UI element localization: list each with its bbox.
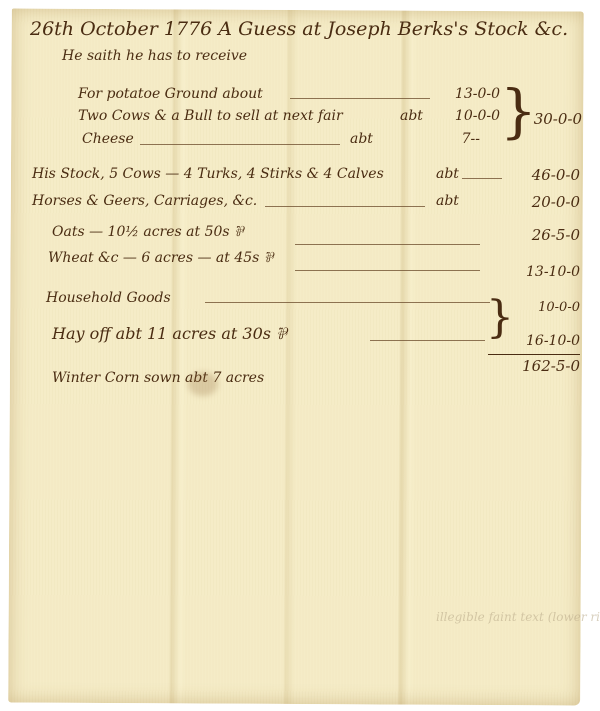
- receivable-label-cheese: Cheese: [82, 131, 134, 147]
- leader-line: [290, 98, 430, 99]
- leader-line: [140, 144, 340, 145]
- receivable-amount-potatoe: 13-0-0: [430, 86, 500, 102]
- stock-amount-horses: 20-0-0: [500, 193, 580, 211]
- stock-label-horses: Horses & Geers, Carriages, &c.: [32, 193, 257, 209]
- receivable-amount-cheese: 7--: [430, 131, 480, 147]
- stock-qualifier-cattle: abt: [436, 166, 459, 182]
- leader-line: [370, 340, 485, 341]
- stock-label-household: Household Goods: [46, 290, 171, 306]
- leader-line: [205, 302, 490, 303]
- receivable-amount-cows: 10-0-0: [430, 108, 500, 124]
- receivable-qualifier-cheese: abt: [350, 131, 373, 147]
- receivable-label-potatoe: For potatoe Ground about: [78, 86, 263, 102]
- stock-amount-wheat: 13-10-0: [500, 264, 580, 280]
- stock-label-wheat: Wheat &c — 6 acres — at 45s ⅌: [48, 248, 273, 267]
- leader-line: [265, 206, 425, 207]
- stock-amount-oats: 26-5-0: [500, 226, 580, 244]
- stock-qualifier-horses: abt: [436, 193, 459, 209]
- faint-marks: illegible faint text (lower right): [436, 610, 600, 624]
- grand-total: 162-5-0: [490, 357, 580, 375]
- receivable-qualifier-cows: abt: [400, 108, 423, 124]
- receivables-total: 30-0-0: [516, 110, 582, 128]
- receivable-label-cows: Two Cows & a Bull to sell at next fair: [78, 108, 343, 124]
- winter-corn-note: Winter Corn sown abt 7 acres: [52, 370, 264, 386]
- document-subtitle: He saith he has to receive: [62, 48, 247, 64]
- stock-label-oats: Oats — 10½ acres at 50s ⅌: [52, 222, 243, 241]
- leader-line: [462, 178, 502, 179]
- document-title: 26th October 1776 A Guess at Joseph Berk…: [30, 18, 568, 40]
- stock-amount-hay: 16-10-0: [500, 333, 580, 349]
- total-rule: [488, 354, 580, 355]
- ink-stain: [188, 372, 218, 396]
- leader-line: [295, 270, 480, 271]
- stock-label-hay: Hay off abt 11 acres at 30s ⅌: [52, 322, 287, 344]
- stock-amount-cattle: 46-0-0: [500, 166, 580, 184]
- leader-line: [295, 244, 480, 245]
- stock-label-cattle: His Stock, 5 Cows — 4 Turks, 4 Stirks & …: [32, 166, 384, 182]
